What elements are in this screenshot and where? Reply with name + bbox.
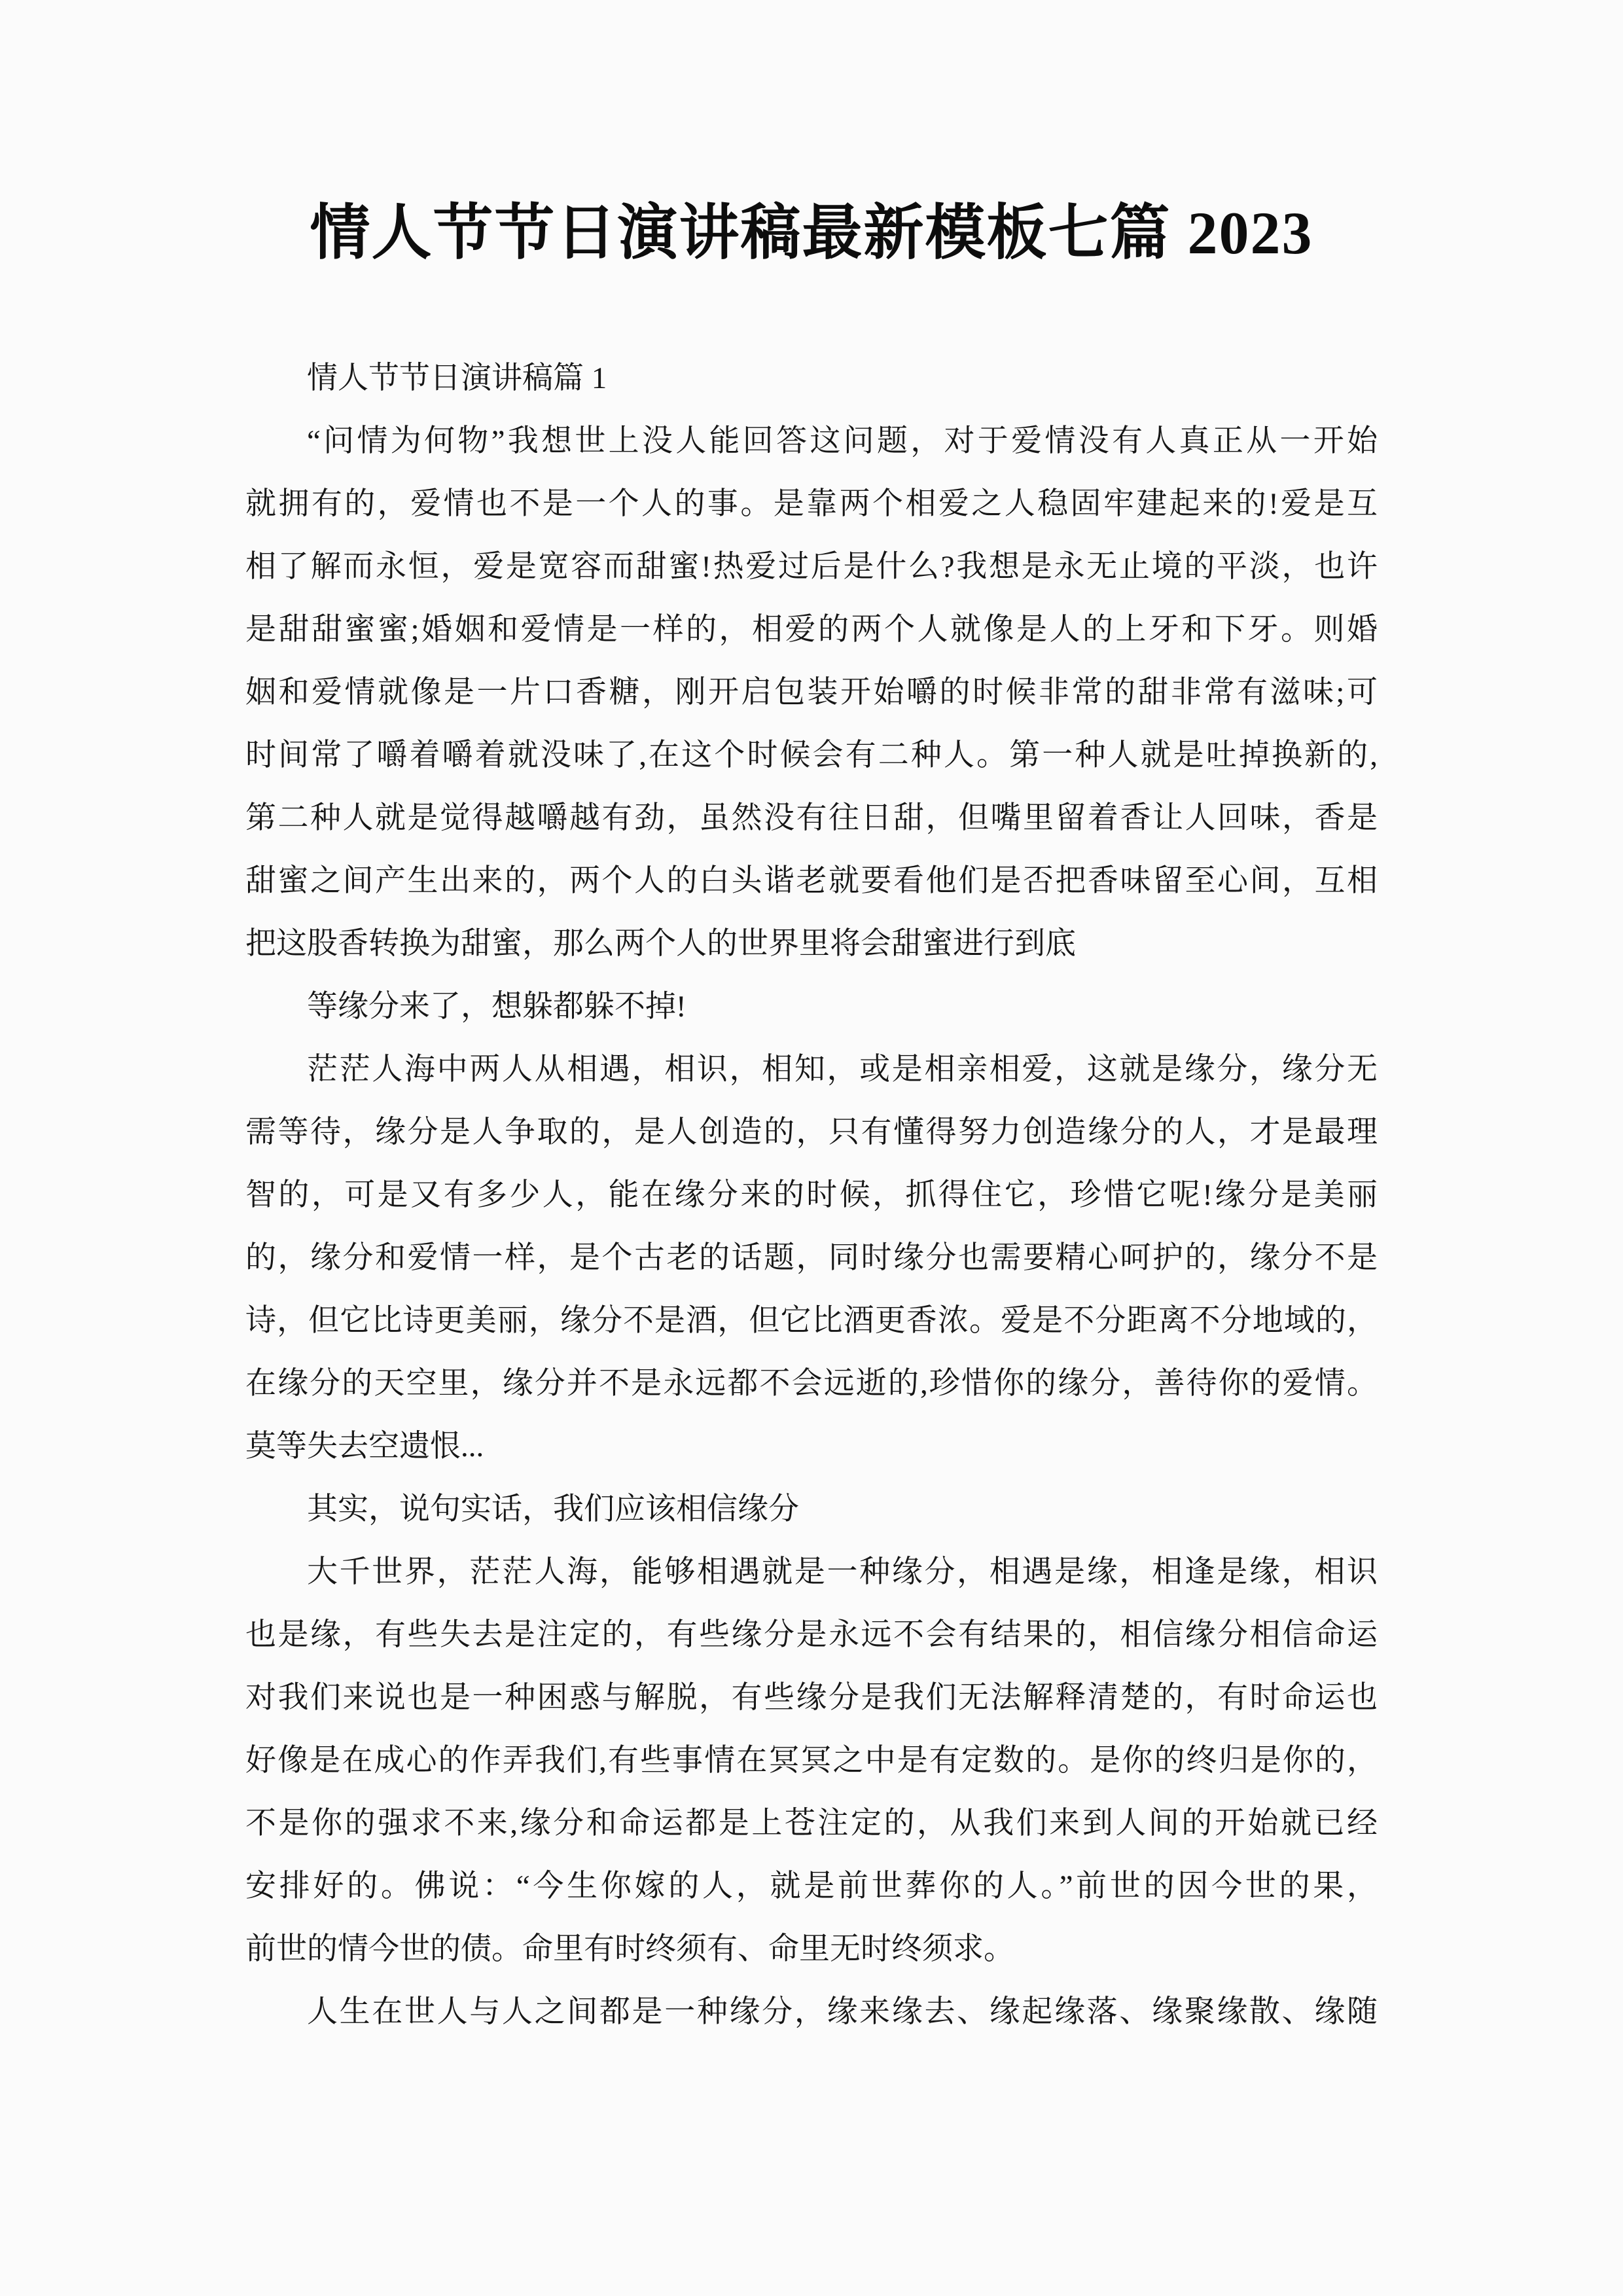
paragraph: “问情为何物”我想世上没人能回答这问题，对于爱情没有人真正从一开始就拥有的，爱情… xyxy=(245,410,1378,975)
text-line: 好像是在成心的作弄我们,有些事情在冥冥之中是有定数的。是你的终归是你的， xyxy=(245,1729,1378,1792)
text-line: 莫等失去空遗恨... xyxy=(245,1415,1378,1478)
text-line: 其实，说句实话，我们应该相信缘分 xyxy=(245,1478,1378,1541)
text-line: 就拥有的，爱情也不是一个人的事。是靠两个相爱之人稳固牢建起来的!爱是互 xyxy=(245,473,1378,535)
text-line: 的，缘分和爱情一样，是个古老的话题，同时缘分也需要精心呵护的，缘分不是 xyxy=(245,1227,1378,1289)
paragraph: 茫茫人海中两人从相遇，相识，相知，或是相亲相爱，这就是缘分，缘分无需等待，缘分是… xyxy=(245,1038,1378,1478)
text-line: 诗，但它比诗更美丽，缘分不是酒，但它比酒更香浓。爱是不分距离不分地域的， xyxy=(245,1289,1378,1352)
text-line: 安排好的。佛说：“今生你嫁的人，就是前世葬你的人。”前世的因今世的果， xyxy=(245,1855,1378,1918)
document-page: 情人节节日演讲稿最新模板七篇 2023 情人节节日演讲稿篇 1“问情为何物”我想… xyxy=(0,0,1623,2296)
text-line: 大千世界，茫茫人海，能够相遇就是一种缘分，相遇是缘，相逢是缘，相识 xyxy=(245,1541,1378,1604)
text-line: 茫茫人海中两人从相遇，相识，相知，或是相亲相爱，这就是缘分，缘分无 xyxy=(245,1038,1378,1101)
text-line: 对我们来说也是一种困惑与解脱，有些缘分是我们无法解释清楚的，有时命运也 xyxy=(245,1666,1378,1729)
paragraph: 其实，说句实话，我们应该相信缘分 xyxy=(245,1478,1378,1541)
paragraph: 人生在世人与人之间都是一种缘分，缘来缘去、缘起缘落、缘聚缘散、缘随 xyxy=(245,1981,1378,2043)
text-line: 姻和爱情就像是一片口香糖，刚开启包装开始嚼的时候非常的甜非常有滋味;可 xyxy=(245,661,1378,724)
document-body: 情人节节日演讲稿篇 1“问情为何物”我想世上没人能回答这问题，对于爱情没有人真正… xyxy=(245,347,1378,2043)
text-line: 前世的情今世的债。命里有时终须有、命里无时终须求。 xyxy=(245,1918,1378,1981)
text-line: 在缘分的天空里，缘分并不是永远都不会远逝的,珍惜你的缘分，善待你的爱情。 xyxy=(245,1352,1378,1415)
text-line: 智的，可是又有多少人，能在缘分来的时候，抓得住它，珍惜它呢!缘分是美丽 xyxy=(245,1164,1378,1227)
text-line: 相了解而永恒，爱是宽容而甜蜜!热爱过后是什么?我想是永无止境的平淡，也许 xyxy=(245,535,1378,598)
document-title: 情人节节日演讲稿最新模板七篇 2023 xyxy=(79,196,1544,270)
text-line: 是甜甜蜜蜜;婚姻和爱情是一样的，相爱的两个人就像是人的上牙和下牙。则婚 xyxy=(245,598,1378,661)
text-line: 甜蜜之间产生出来的，两个人的白头谐老就要看他们是否把香味留至心间，互相 xyxy=(245,850,1378,912)
text-line: 也是缘，有些失去是注定的，有些缘分是永远不会有结果的，相信缘分相信命运 xyxy=(245,1604,1378,1666)
text-line: 把这股香转换为甜蜜，那么两个人的世界里将会甜蜜进行到底 xyxy=(245,912,1378,975)
text-line: 需等待，缘分是人争取的，是人创造的，只有懂得努力创造缘分的人，才是最理 xyxy=(245,1101,1378,1164)
text-line: “问情为何物”我想世上没人能回答这问题，对于爱情没有人真正从一开始 xyxy=(245,410,1378,473)
text-line: 人生在世人与人之间都是一种缘分，缘来缘去、缘起缘落、缘聚缘散、缘随 xyxy=(245,1981,1378,2043)
text-line: 时间常了嚼着嚼着就没味了,在这个时候会有二种人。第一种人就是吐掉换新的, xyxy=(245,724,1378,787)
text-line: 情人节节日演讲稿篇 1 xyxy=(245,347,1378,410)
text-line: 第二种人就是觉得越嚼越有劲，虽然没有往日甜，但嘴里留着香让人回味，香是 xyxy=(245,787,1378,850)
paragraph: 大千世界，茫茫人海，能够相遇就是一种缘分，相遇是缘，相逢是缘，相识也是缘，有些失… xyxy=(245,1541,1378,1981)
text-line: 等缘分来了，想躲都躲不掉! xyxy=(245,975,1378,1038)
section-heading: 情人节节日演讲稿篇 1 xyxy=(245,347,1378,410)
text-line: 不是你的强求不来,缘分和命运都是上苍注定的，从我们来到人间的开始就已经 xyxy=(245,1792,1378,1855)
paragraph: 等缘分来了，想躲都躲不掉! xyxy=(245,975,1378,1038)
